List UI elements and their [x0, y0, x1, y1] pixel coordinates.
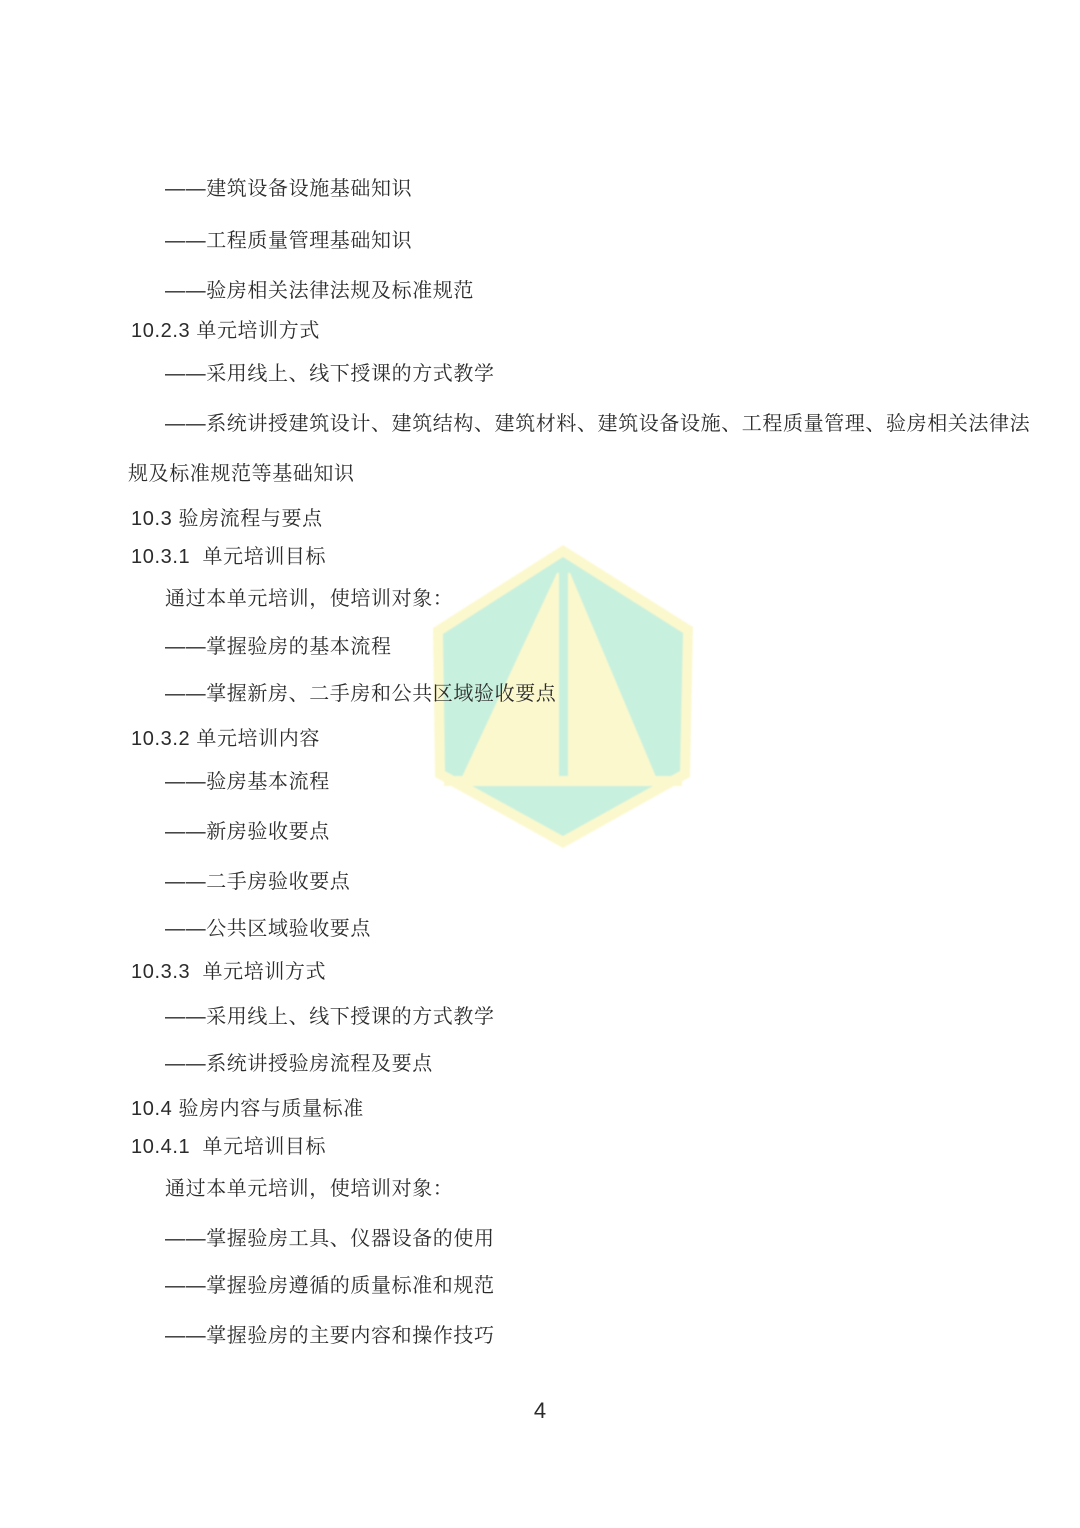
list-item: ——系统讲授建筑设计、建筑结构、建筑材料、建筑设备设施、工程质量管理、验房相关法…	[165, 410, 1030, 438]
list-item: ——验房基本流程	[165, 768, 330, 796]
section-heading: 10.3 验房流程与要点	[131, 505, 323, 533]
list-item: ——系统讲授验房流程及要点	[165, 1050, 433, 1078]
list-item: ——掌握验房的基本流程	[165, 633, 392, 661]
paragraph-line: 通过本单元培训，使培训对象：	[165, 585, 453, 613]
list-item: ——新房验收要点	[165, 818, 330, 846]
list-item: ——采用线上、线下授课的方式教学	[165, 360, 495, 388]
section-heading: 10.4.1 单元培训目标	[131, 1133, 326, 1161]
page-number: 4	[0, 1396, 1080, 1426]
list-item: ——掌握新房、二手房和公共区域验收要点	[165, 680, 556, 708]
section-heading: 10.3.3 单元培训方式	[131, 958, 326, 986]
list-item: ——掌握验房遵循的质量标准和规范	[165, 1272, 495, 1300]
list-item: ——公共区域验收要点	[165, 915, 371, 943]
list-item: ——验房相关法律法规及标准规范	[165, 277, 474, 305]
list-item: ——工程质量管理基础知识	[165, 227, 412, 255]
section-heading: 10.3.2 单元培训内容	[131, 725, 320, 753]
list-item: ——掌握验房的主要内容和操作技巧	[165, 1322, 495, 1350]
paragraph-wrap-line: 规及标准规范等基础知识	[128, 460, 355, 488]
list-item: ——掌握验房工具、仪器设备的使用	[165, 1225, 495, 1253]
list-item: ——建筑设备设施基础知识	[165, 175, 412, 203]
section-heading: 10.4 验房内容与质量标准	[131, 1095, 364, 1123]
list-item: ——采用线上、线下授课的方式教学	[165, 1003, 495, 1031]
page-content: ——建筑设备设施基础知识 ——工程质量管理基础知识 ——验房相关法律法规及标准规…	[0, 0, 1080, 1528]
section-heading: 10.3.1 单元培训目标	[131, 543, 326, 571]
paragraph-line: 通过本单元培训，使培训对象：	[165, 1175, 453, 1203]
document-page: ——建筑设备设施基础知识 ——工程质量管理基础知识 ——验房相关法律法规及标准规…	[0, 0, 1080, 1528]
section-heading: 10.2.3 单元培训方式	[131, 317, 320, 345]
list-item: ——二手房验收要点	[165, 868, 350, 896]
